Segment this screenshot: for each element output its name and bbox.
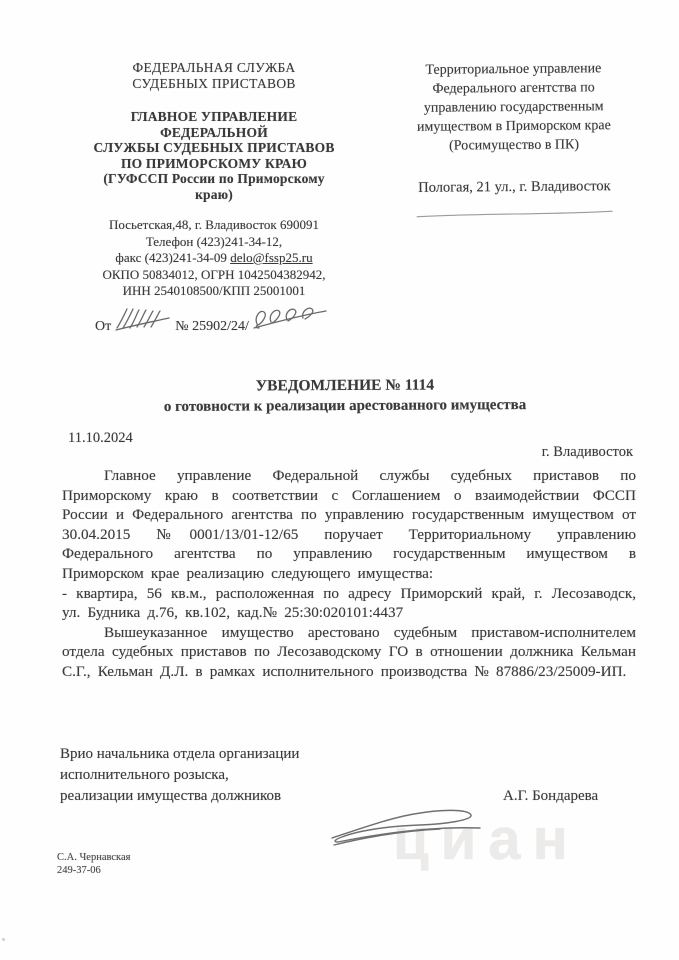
executor-name: С.А. Чернавская [57, 851, 130, 864]
title-subject: о готовности к реализации арестованного … [60, 395, 630, 418]
recipient-org-line: Федерального агентства по [382, 78, 644, 99]
letter-body: Главное управление Федеральной службы су… [62, 466, 636, 682]
sender-okpo-ogrn: ОКПО 50834012, ОГРН 1042504382942, [55, 267, 373, 284]
sender-inn-kpp: ИНН 2540108500/КПП 25001001 [55, 283, 373, 300]
recipient-org-line: (Росимущество в ПК) [383, 135, 645, 156]
handwritten-date-scribble [113, 306, 173, 337]
sender-letterhead: ФЕДЕРАЛЬНАЯ СЛУЖБА СУДЕБНЫХ ПРИСТАВОВ ГЛ… [55, 60, 373, 300]
sender-fax: факс (423)241-34-09 [115, 250, 230, 265]
outgoing-number-row: От № 25902/24/ [95, 304, 331, 337]
doc-number: № 25902/24/ [175, 319, 249, 337]
recipient-org-line: имуществом в Приморском крае [383, 116, 645, 137]
recipient-org-line: управлению государственным [383, 97, 645, 118]
sender-org-line: СЛУЖБЫ СУДЕБНЫХ ПРИСТАВОВ [55, 140, 373, 156]
property-item: - квартира, 56 кв.м., расположенная по а… [62, 584, 636, 623]
sender-org-line: ГЛАВНОЕ УПРАВЛЕНИЕ [55, 109, 373, 125]
recipient-org-line: Территориальное управление [382, 59, 644, 80]
from-label: От [95, 319, 111, 337]
sender-contacts: Посьетская,48, г. Владивосток 690091 Тел… [55, 217, 373, 300]
document-city: г. Владивосток [542, 444, 633, 461]
sender-org-line: ПО ПРИМОРСКОМУ КРАЮ [55, 156, 373, 172]
executor-phone: 249-37-06 [57, 864, 130, 877]
scan-speck [2, 938, 5, 941]
document-title: УВЕДОМЛЕНИЕ № 1114 о готовности к реализ… [60, 375, 630, 418]
sender-email-link: delo@fssp25.ru [230, 250, 312, 265]
sender-address: Посьетская,48, г. Владивосток 690091 [55, 217, 373, 234]
sender-parent-org-line: ФЕДЕРАЛЬНАЯ СЛУЖБА [55, 60, 373, 76]
document-date: 11.10.2024 [68, 430, 133, 447]
handwritten-underline [415, 209, 615, 219]
handwritten-number-scribble [251, 304, 329, 337]
signer-position: Врио начальника отдела организации испол… [60, 744, 299, 807]
signer-position-line: Врио начальника отдела организации [60, 744, 299, 765]
sender-org-line: ФЕДЕРАЛЬНОЙ [55, 125, 373, 141]
scanned-letter-page: циан ФЕДЕРАЛЬНАЯ СЛУЖБА СУДЕБНЫХ ПРИСТАВ… [0, 0, 679, 960]
signer-name: А.Г. Бондарева [503, 788, 598, 805]
sender-org-line: краю) [55, 187, 373, 203]
recipient-block: Территориальное управление Федерального … [382, 59, 645, 219]
sender-fax-email-line: факс (423)241-34-09 delo@fssp25.ru [55, 250, 373, 267]
sender-phone: Телефон (423)241-34-12, [55, 234, 373, 251]
sender-org-line: (ГУФССП России по Приморскому [55, 171, 373, 187]
executor-note: С.А. Чернавская 249-37-06 [57, 851, 130, 877]
handwritten-signature [328, 798, 488, 865]
body-paragraph-2: Вышеуказанное имущество арестовано судеб… [62, 623, 636, 682]
signer-position-line: реализации имущества должников [60, 786, 299, 807]
signer-position-line: исполнительного розыска, [60, 765, 299, 786]
sender-parent-org-line: СУДЕБНЫХ ПРИСТАВОВ [55, 76, 373, 92]
recipient-address: Пологая, 21 ул., г. Владивосток [383, 178, 645, 197]
body-paragraph-1: Главное управление Федеральной службы су… [62, 466, 636, 584]
